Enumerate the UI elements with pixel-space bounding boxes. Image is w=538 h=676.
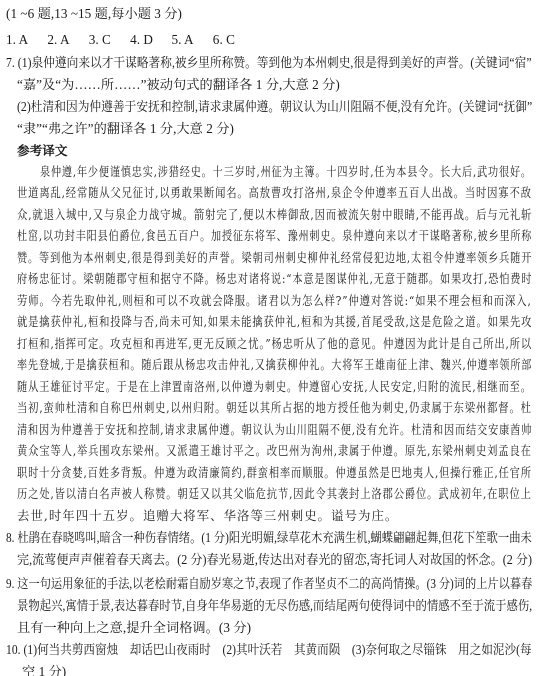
q7-line-4: “隶”“弗之许”的翻译各 1 分,大意 2 分) — [17, 121, 234, 137]
choice-answers: 1. A 2. A 3. C 4. D 5. A 6. C — [6, 32, 251, 48]
translation-line: 众,就退入城中,又与泉企力战守城。箭射完了,便以木棒御敌,因而被流矢射中眼睛,不… — [17, 207, 532, 223]
translation-line: 当初,蛮帅杜清和自称巴州刺史,以州归附。朝廷以其所占据的地方授任他为刺史,仍隶属… — [17, 400, 532, 416]
choice-answer-3: 3. C — [89, 32, 127, 48]
translation-line: 杜窋,以功封丰阳县伯爵位,食邑五百户。加授征东将军、豫州刺史。泉仲遵向来以才干谋… — [17, 228, 532, 244]
choice-answer-2: 2. A — [47, 32, 85, 48]
translation-line: 赞。等到他为本州刺史,很是得到美好的声誉。梁朝司州刺史柳仲礼经常侵犯边地,太祖令… — [17, 250, 532, 266]
q7-line-3: (2)杜清和因为仲遵善于安抚和控制,请求隶属仲遵。朝议认为山川阻隔不便,没有允许… — [17, 99, 532, 115]
translation-line: 黄众宝等人,举兵围攻东梁州。又派遣王雄讨平之。改巴州为洵州,隶属于仲遵。原先,东… — [17, 443, 532, 459]
translation-line: 世道离乱,经常随从父兄征讨,以勇敢果断闻名。高敖曹攻打洛州,泉企令仲遵率五百人出… — [17, 185, 532, 201]
translation-line: 随从王雄征讨平定。于是在上津置南洛州,以仲遵为刺史。仲遵留心安抚,人民安定,归附… — [17, 379, 532, 395]
q7-line-1: 7. (1)泉仲遵向来以才干谋略著称,被乡里所称赞。等到他为本州刺史,很是得到美… — [6, 55, 532, 71]
translation-line: 清和因为仲遵善于安抚和控制,请求隶属仲遵。朝议认为山川阻隔不便,没有允许。杜清和… — [17, 422, 532, 438]
q9-line-3: 且有一种向上之意,提升全词格调。(3 分) — [17, 620, 251, 636]
q7-line-2: “嘉”及“为……所……”被动句式的翻译各 1 分,大意 2 分) — [17, 77, 340, 93]
translation-line: 率先登城,于是擒获桓和。随后跟从杨忠攻击仲礼,又擒获柳仲礼。大将军王雄南征上津、… — [17, 357, 532, 373]
score-note: (1 ~6 题,13 ~15 题,每小题 3 分) — [6, 6, 182, 22]
translation-line: 就是擒获仲礼,桓和投降与否,尚未可知,如果未能擒获仲礼,桓和为其援,首尾受敌,这… — [17, 314, 532, 330]
translation-line: 职时十分贪婪,百姓多背叛。仲遵为政清廉简约,群蛮相率而顺服。仲遵虽然是巴地夷人,… — [17, 465, 532, 481]
translation-line: 打桓和,指挥可定。攻克桓和再进军,更无反顾之忧。”杨忠听从了他的意见。仲遵因为此… — [17, 336, 532, 352]
choice-answer-6: 6. C — [213, 32, 251, 48]
q9-line-2: 景物起兴,寓情于景,表达暮春时节,自身年华易逝的无尽伤感,而结尾两句使得词中的情… — [17, 598, 532, 614]
translation-heading: 参考译文 — [17, 143, 68, 159]
q10-line-2: 空 1 分) — [22, 664, 66, 676]
q8-line-2: 完,流莺便声声催着春天离去。(2 分)春光易逝,传达出对春光的留恋,寄托词人对故… — [17, 552, 532, 568]
q9-line-1: 9. 这一句运用象征的手法,以老桧耐霜自励岁寒之节,表现了作者坚贞不二的高尚情操… — [6, 576, 532, 592]
translation-line: 劳师。今若先取仲礼,则桓和可以不攻就会降服。诸君以为怎么样?”仲遵对答说:“如果… — [17, 293, 532, 309]
translation-line: 去世,时年四十五岁。追赠大将军、华洛等三州刺史。谥号为庄。 — [17, 508, 398, 524]
translation-line: 泉仲遵,年少便谨慎忠实,涉猎经史。十三岁时,州征为主簿。十四岁时,任为本县令。长… — [40, 164, 532, 180]
translation-line: 历之处,皆以清白名声被人称赞。朝廷又以其父临危抗节,因此令其袭封上洛郡公爵位。武… — [17, 486, 532, 502]
choice-answer-1: 1. A — [6, 32, 44, 48]
q8-line-1: 8. 杜鹃在春晓鸣叫,暗含一种伤春情绪。(1 分)阳光明媚,绿草花木充满生机,蝴… — [6, 530, 532, 546]
translation-line: 府杨忠征讨。梁朝随郡守桓和据守不降。杨忠对诸将说:“本意是图谋仲礼,无意于随郡。… — [17, 271, 532, 287]
choice-answer-5: 5. A — [171, 32, 209, 48]
choice-answer-4: 4. D — [130, 32, 168, 48]
q10-line-1: 10. (1)何当共剪西窗烛 却话巴山夜雨时 (2)其叶沃若 其黄而陨 (3)奈… — [6, 642, 532, 658]
